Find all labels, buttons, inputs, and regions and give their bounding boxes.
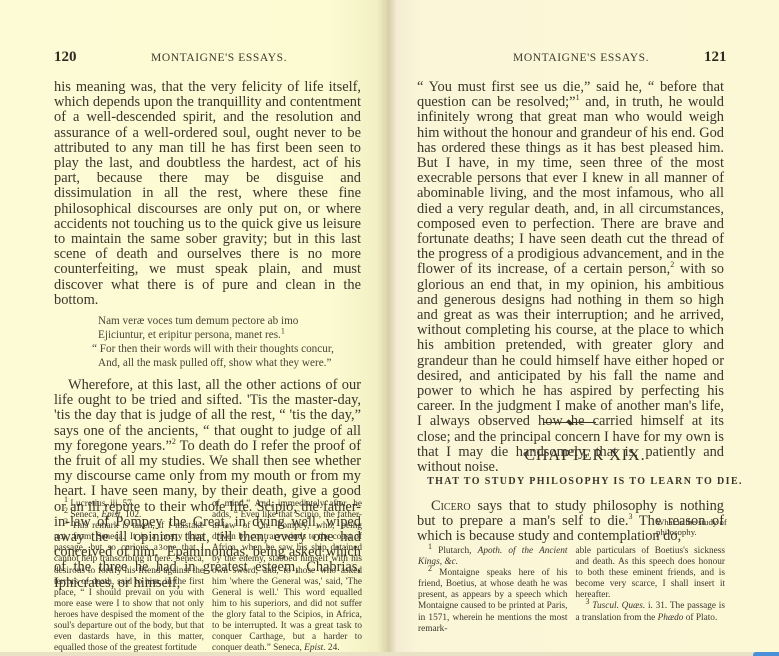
footnote-text: Lucretius, iii. 57. <box>70 499 134 509</box>
footnote-number: 3 <box>586 597 590 606</box>
chapter-heading: CHAPTER XIX. <box>390 447 779 465</box>
paragraph: “ You must first see us die,” said he, “… <box>417 80 724 475</box>
footnote-text: Montaigne speaks here of his friend, Boe… <box>418 568 568 633</box>
footnote-number: 3 <box>64 517 68 526</box>
footnote-text: 102. <box>123 510 142 520</box>
footnote-text: Seneca, <box>70 510 101 520</box>
footnote-text: of mind.” And, immediately after, he add… <box>212 499 362 653</box>
footnote-number: 1 <box>64 495 68 504</box>
footnote: 2 Seneca, Epist. 102. <box>54 510 204 521</box>
scroll-indicator[interactable] <box>753 652 779 656</box>
footnote: 3 This remark is taken, if I mistake not… <box>54 521 204 654</box>
verse-line-text: Ejiciuntur, et eripitur persona, manet r… <box>98 329 281 341</box>
section-divider-ornament <box>544 421 596 424</box>
opening-word: Cicero <box>431 498 471 514</box>
page-number-left: 120 <box>54 49 77 66</box>
footnote-continued: of mind.” And, immediately after, he add… <box>212 499 362 654</box>
verse-line: Nam veræ voces tum demum pectore ab imo <box>54 314 361 328</box>
verse-quotation: Nam veræ voces tum demum pectore ab imo … <box>54 314 361 370</box>
running-head-right: MONTAIGNE'S ESSAYS. <box>513 52 649 64</box>
paragraph: his meaning was, that the very felicity … <box>54 80 361 308</box>
verse-line: “ For then their words will with their t… <box>54 342 361 356</box>
footnote-column: able particulars of Boetius's sickness a… <box>576 546 726 635</box>
footnotes-right: 1 Plutarch, Apoth. of the Ancient Kings,… <box>418 546 725 635</box>
footnote: 1 Plutarch, Apoth. of the Ancient Kings,… <box>418 546 568 568</box>
left-page: 120 MONTAIGNE'S ESSAYS. his meaning was,… <box>0 0 389 652</box>
footnote-number: 2 <box>64 506 68 515</box>
footnote: 2 Montaigne speaks here of his friend, B… <box>418 568 568 635</box>
paragraph-text: and, in truth, he would infinitely wrong… <box>417 94 724 277</box>
margin-note: What is the study of philosophy. <box>656 517 746 537</box>
verse-line: And, all the mask pulled off, show what … <box>54 356 361 370</box>
footnote-column: 1 Plutarch, Apoth. of the Ancient Kings,… <box>418 546 568 635</box>
footnote-column: of mind.” And, immediately after, he add… <box>212 499 362 654</box>
page-bottom-edge <box>0 652 779 656</box>
running-head-left: MONTAIGNE'S ESSAYS. <box>151 52 287 64</box>
footnote-italic: Tuscul. Quæs. <box>592 601 645 611</box>
footnote-continued: able particulars of Boetius's sickness a… <box>576 546 726 601</box>
footnote-number: 2 <box>428 564 432 573</box>
page-number-right: 121 <box>704 49 727 66</box>
chapter-title: THAT TO STUDY PHILOSOPHY IS TO LEARN TO … <box>390 476 779 487</box>
footnote-italic: Phædo <box>658 613 684 623</box>
footnote-text: This remark is taken, if I mistake not, … <box>54 521 204 653</box>
footnote-text: Plutarch, <box>438 546 477 556</box>
footnotes-left: 1 Lucretius, iii. 57. 2 Seneca, Epist. 1… <box>54 499 362 654</box>
footnote-column: 1 Lucretius, iii. 57. 2 Seneca, Epist. 1… <box>54 499 204 654</box>
footnote: 3 Tuscul. Quæs. i. 31. The passage is a … <box>576 601 726 623</box>
right-body-text: “ You must first see us die,” said he, “… <box>417 80 724 475</box>
paragraph-text: with so glorious an end that, in my opin… <box>417 261 724 475</box>
footnote-italic: Epist. <box>101 510 122 520</box>
footnote-text: of Plato. <box>683 613 717 623</box>
footnote: 1 Lucretius, iii. 57. <box>54 499 204 510</box>
verse-line: Ejiciuntur, et eripitur persona, manet r… <box>54 328 361 342</box>
footnote-ref: 1 <box>281 326 285 335</box>
footnote-number: 1 <box>428 542 432 551</box>
